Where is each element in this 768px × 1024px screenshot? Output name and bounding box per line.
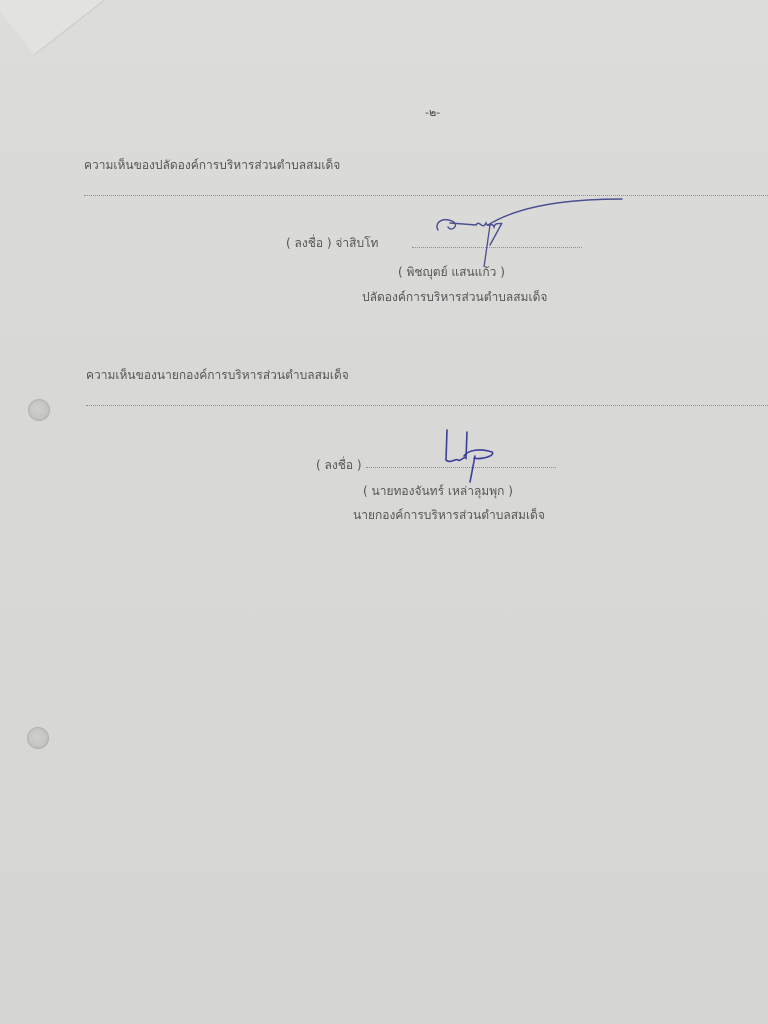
section-1-heading: ความเห็นของปลัดองค์การบริหารส่วนตำบลสมเด… bbox=[84, 158, 340, 172]
section-1-comment-line bbox=[84, 195, 768, 196]
page-corner-fold bbox=[0, 0, 161, 55]
page-number: -๒- bbox=[425, 106, 440, 120]
section-1-heading-rest: ของปลัดองค์การบริหารส่วนตำบลสมเด็จ bbox=[134, 158, 341, 172]
section-1-signer-name: ( พิชญุตย์ แสนแก้ว ) bbox=[398, 265, 505, 279]
section-2-comment-line bbox=[86, 405, 768, 406]
section-2-signer-name: ( นายทองจันทร์ เหล่าลุมพุก ) bbox=[363, 484, 513, 498]
section-2-signer-position: นายกองค์การบริหารส่วนตำบลสมเด็จ bbox=[353, 508, 545, 522]
section-2-heading-prefix: ความเห็น bbox=[86, 368, 136, 382]
punch-hole-top bbox=[28, 399, 50, 421]
section-1-signer-position: ปลัดองค์การบริหารส่วนตำบลสมเด็จ bbox=[362, 290, 547, 304]
section-2-heading-rest: ของนายกองค์การบริหารส่วนตำบลสมเด็จ bbox=[136, 368, 349, 382]
scanned-document-page: -๒- ความเห็นของปลัดองค์การบริหารส่วนตำบล… bbox=[0, 0, 768, 1024]
punch-hole-bottom bbox=[27, 727, 49, 749]
section-1-heading-prefix: ความเห็น bbox=[84, 158, 134, 172]
section-2-signature-label: ( ลงชื่อ ) bbox=[316, 458, 362, 472]
section-2-heading: ความเห็นของนายกองค์การบริหารส่วนตำบลสมเด… bbox=[86, 368, 349, 382]
section-1-handwritten-signature bbox=[430, 195, 630, 275]
section-1-signature-label: ( ลงชื่อ ) จ่าสิบโท bbox=[286, 236, 378, 250]
